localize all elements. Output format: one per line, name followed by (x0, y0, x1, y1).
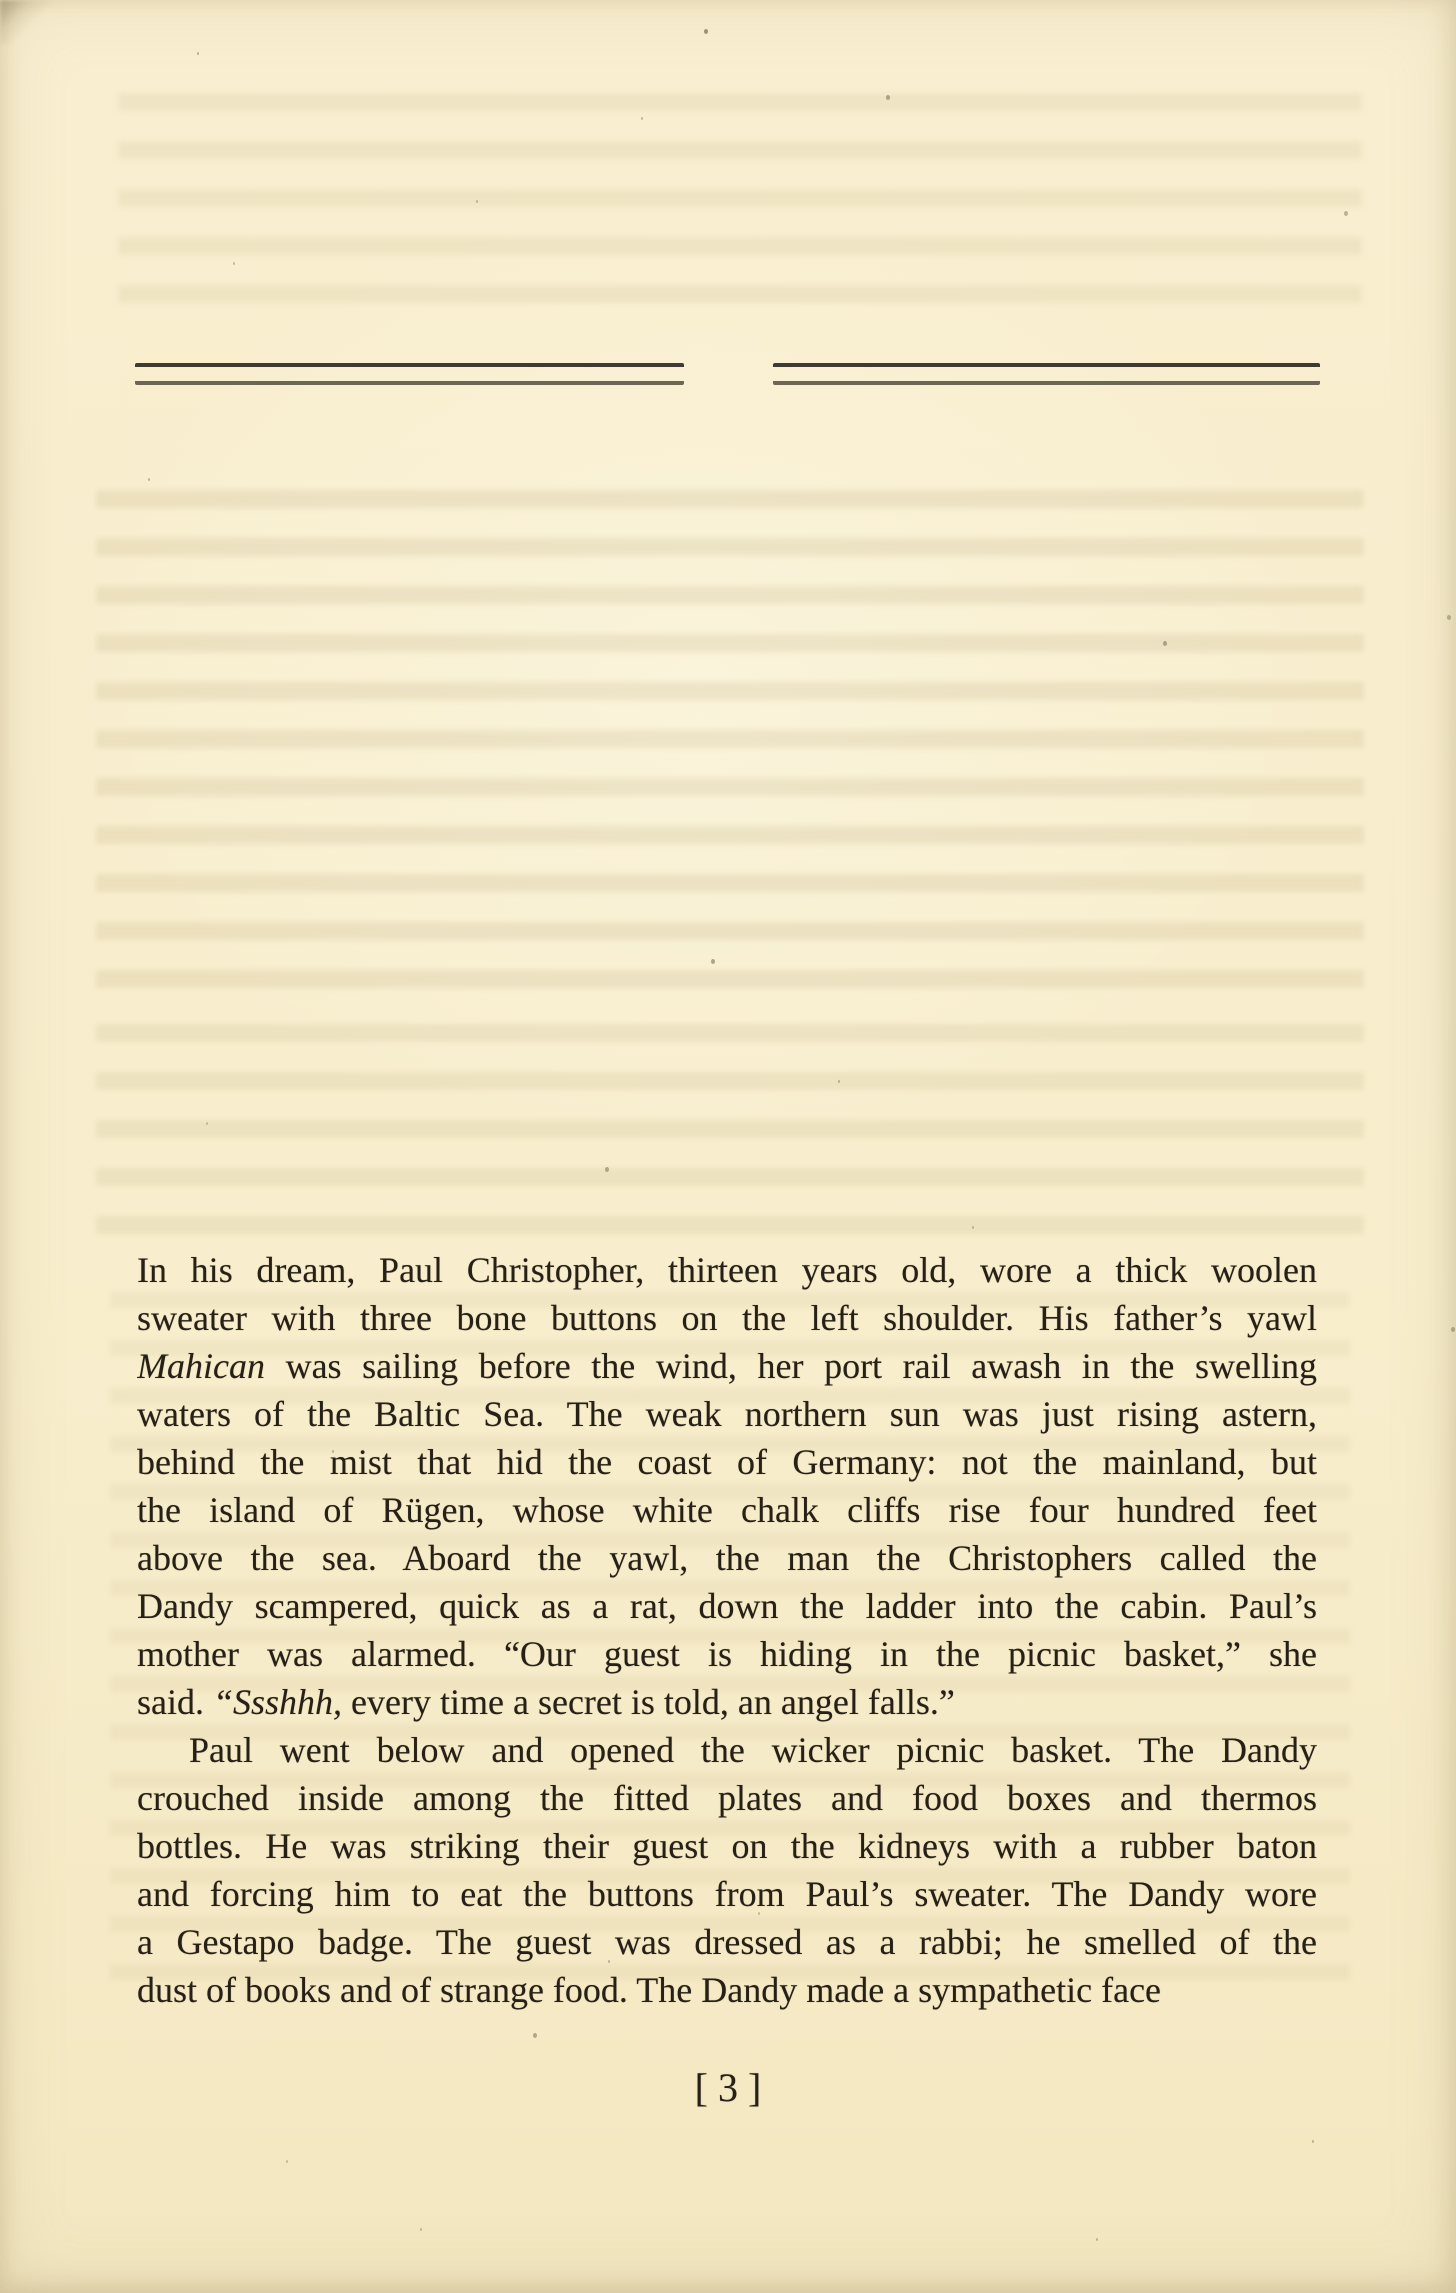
text-line: mother was alarmed. “Our guest is hiding… (137, 1630, 1317, 1678)
text-line: and forcing him to eat the buttons from … (137, 1870, 1317, 1918)
paragraph-1: In his dream, Paul Christopher, thirteen… (137, 1246, 1317, 1726)
text-segment: behind the mist that hid the coast of Ge… (137, 1442, 1317, 1482)
text-segment: Dandy scampered, quick as a rat, down th… (137, 1586, 1317, 1626)
text-segment: dust of books and of strange food. The D… (137, 1970, 1161, 2010)
text-line: above the sea. Aboard the yawl, the man … (137, 1534, 1317, 1582)
page-corner-shade (0, 0, 52, 44)
text-line: dust of books and of strange food. The D… (137, 1966, 1317, 2014)
text-line: Mahican was sailing before the wind, her… (137, 1342, 1317, 1390)
text-line: waters of the Baltic Sea. The weak north… (137, 1390, 1317, 1438)
text-line: the island of Rügen, whose white chalk c… (137, 1486, 1317, 1534)
page-number: [ 3 ] (0, 2064, 1456, 2112)
text-segment: bottles. He was striking their guest on … (137, 1826, 1317, 1866)
text-line: behind the mist that hid the coast of Ge… (137, 1438, 1317, 1486)
text-line: said. “Ssshhh, every time a secret is to… (137, 1678, 1317, 1726)
text-line: bottles. He was striking their guest on … (137, 1822, 1317, 1870)
text-segment: waters of the Baltic Sea. The weak north… (137, 1394, 1317, 1434)
text-segment: mother was alarmed. “Our guest is hiding… (137, 1634, 1317, 1674)
bleedthrough-smudge (96, 482, 1364, 1014)
text-segment: above the sea. Aboard the yawl, the man … (137, 1538, 1317, 1578)
text-segment: the island of Rügen, whose white chalk c… (137, 1490, 1317, 1530)
bleedthrough-smudge (118, 84, 1362, 330)
text-segment: sweater with three bone buttons on the l… (137, 1298, 1317, 1338)
text-segment-italic: “Ssshhh, (213, 1682, 342, 1722)
paragraph-2: Paul went below and opened the wicker pi… (137, 1726, 1317, 2014)
text-line: Dandy scampered, quick as a rat, down th… (137, 1582, 1317, 1630)
text-segment: said. (137, 1682, 213, 1722)
bleedthrough-smudge (96, 1016, 1364, 1252)
ornament-double-rule-right (773, 363, 1320, 385)
text-segment: In his dream, Paul Christopher, thirteen… (137, 1250, 1317, 1290)
text-line: a Gestapo badge. The guest was dressed a… (137, 1918, 1317, 1966)
body-text: In his dream, Paul Christopher, thirteen… (137, 1246, 1317, 2014)
paper-specks (0, 0, 2, 3)
text-line: sweater with three bone buttons on the l… (137, 1294, 1317, 1342)
text-segment: Paul went below and opened the wicker pi… (189, 1730, 1317, 1770)
book-page-sheet: In his dream, Paul Christopher, thirteen… (0, 0, 1456, 2293)
text-segment: and forcing him to eat the buttons from … (137, 1874, 1317, 1914)
text-segment: a Gestapo badge. The guest was dressed a… (137, 1922, 1317, 1962)
text-segment-italic: Mahican (137, 1346, 265, 1386)
text-segment: was sailing before the wind, her port ra… (265, 1346, 1317, 1386)
ornament-double-rule-left (135, 363, 684, 385)
text-line: Paul went below and opened the wicker pi… (137, 1726, 1317, 1774)
text-segment: crouched inside among the fitted plates … (137, 1778, 1317, 1818)
text-line: crouched inside among the fitted plates … (137, 1774, 1317, 1822)
text-line: In his dream, Paul Christopher, thirteen… (137, 1246, 1317, 1294)
text-segment: every time a secret is told, an angel fa… (342, 1682, 955, 1722)
